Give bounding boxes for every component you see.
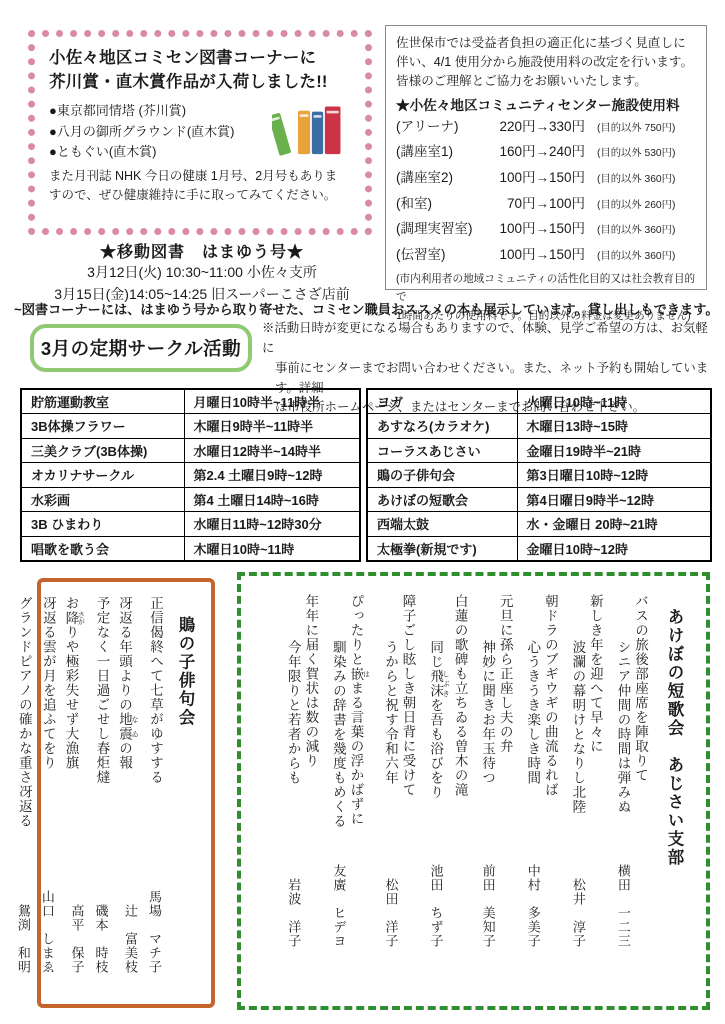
tanka-author: 池田 ちず子 (426, 864, 445, 948)
haiku-poem: 冴返る年頭よりの地震なゐの報 辻 富美枝 (114, 596, 139, 974)
tanka-line1: 障子ごし眩しき朝日背に受けて (398, 594, 416, 797)
haiku-author: 高平 保子 (66, 904, 85, 974)
book-list-item: ●八月の御所グラウンド(直木賞) (49, 122, 269, 143)
circle-time: 金曜日10時~12時 (517, 536, 711, 561)
fee-room: (講座室1) (396, 139, 480, 165)
table-row: 太極拳(新規です)金曜日10時~12時 (367, 536, 711, 561)
haiku-author: 山口 しまゑ (37, 890, 56, 974)
tanka-poem: ぴったりと嵌はまる言葉の浮かばずに 馴染みの辞書を幾度もめくる 友廣 ヒデヨ (328, 594, 370, 948)
circle-name: 西端太鼓 (367, 512, 517, 537)
tanka-line2: シニア仲間の時間は弾みぬ (613, 594, 631, 814)
tanka-line1: 年年に届く賀状は数の減り (301, 594, 319, 785)
book-list: ●東京都同情塔 (芥川賞) ●八月の御所グラウンド(直木賞) ●ともぐい(直木賞… (49, 101, 269, 163)
circle-name: あけぼの短歌会 (367, 487, 517, 512)
table-row: コーラスあじさい金曜日19時半~21時 (367, 438, 711, 463)
circle-time: 第4 土曜日14時~16時 (184, 487, 360, 512)
haiku-club-title: 鵙の子俳句会 (173, 596, 197, 974)
fee-row: (調理実習室) 100円→150円 (目的以外 360円) (396, 216, 697, 242)
mobile-library-section: ★移動図書 はまゆう号★ 3月12日(火) 10:30~11:00 小佐々支所 … (28, 239, 376, 305)
table-row: 鵙の子俳句会第3日曜日10時~12時 (367, 463, 711, 488)
circle-time: 火曜日10時~11時 (517, 389, 711, 414)
fee-price: 100円→150円 (480, 242, 597, 268)
table-row: あけぼの短歌会第4日曜日9時半~12時 (367, 487, 711, 512)
tanka-poem: 朝ドラのブギウギの曲流るれば 心うきうき楽しき時間 中村 多美子 (523, 594, 558, 948)
tanka-line1: バスの旅後部座席を陣取りて (630, 594, 648, 814)
tanka-poem: バスの旅後部座席を陣取りて シニア仲間の時間は弾みぬ 横田 一二三 (613, 594, 648, 948)
table-row: 西端太鼓水・金曜日 20時~21時 (367, 512, 711, 537)
fee-room: (アリーナ) (396, 114, 480, 140)
haiku-line: 冴返る年頭よりの地震なゐの報 (114, 596, 139, 770)
tanka-body: 障子ごし眩しき朝日背に受けて うからと祝す令和六年 (380, 594, 415, 797)
tanka-club-title: あけぼの短歌会 あじさい支部 (662, 594, 686, 948)
haiku-poem: お降さがりや極彩失せず大漁旗 高平 保子 (61, 596, 86, 974)
mobile-library-heading: ★移動図書 はまゆう号★ (28, 239, 376, 262)
haiku-poem: 正信偈終へて七草がゆすする 馬場 マチ子 (144, 596, 163, 974)
facility-fees-box: 佐世保市では受益者負担の適正化に基づく見直しに伴い、4/1 使用分から施設使用料… (385, 25, 707, 290)
library-corner-box: 小佐々地区コミセン図書コーナーに 芥川賞・直木賞作品が入荷しました!! ●東京都… (28, 30, 372, 235)
circle-time: 第2.4 土曜日9時~12時 (184, 463, 360, 488)
circle-name: 貯筋運動教室 (21, 389, 184, 414)
tanka-author: 横田 一二三 (613, 864, 632, 948)
fee-price: 100円→150円 (480, 165, 597, 191)
circle-note-line1: ※活動日時が変更になる場合もありますので、体験、見学ご希望の方は、お気軽に (262, 319, 712, 359)
circle-name: コーラスあじさい (367, 438, 517, 463)
haiku-line: 予定なく一日過ごせし春炬燵 (90, 596, 109, 785)
fee-room: (伝習室) (396, 242, 480, 268)
library-title-line1: 小佐々地区コミセン図書コーナーに (49, 47, 353, 71)
fee-row: (アリーナ) 220円→330円 (目的以外 750円) (396, 114, 697, 140)
fee-row: (和室) 70円→100円 (目的以外 260円) (396, 191, 697, 217)
tanka-line2: 神妙に聞きお年玉待つ (478, 594, 496, 785)
circle-name: 太極拳(新規です) (367, 536, 517, 561)
tanka-body: 白蓮の歌碑も立ちゐる曽木の滝 同じ飛沫しぶきを吾も浴びをり (426, 594, 468, 800)
library-title-line2: 芥川賞・直木賞作品が入荷しました!! (49, 71, 353, 95)
tanka-line2: 馴染みの辞書を幾度もめくる (328, 594, 346, 829)
haiku-line: 正信偈終へて七草がゆすする (144, 596, 163, 785)
table-row: 唱歌を歌う会木曜日10時~11時 (21, 536, 360, 561)
circle-time: 水曜日12時半~14時半 (184, 438, 360, 463)
circle-name: 唱歌を歌う会 (21, 536, 184, 561)
fee-room: (講座室2) (396, 165, 480, 191)
fee-note: (目的以外 360円) (597, 247, 697, 267)
tanka-author: 岩波 洋子 (283, 878, 302, 948)
tanka-line1: 元旦に孫ら正座し夫の弁 (495, 594, 513, 785)
table-row: オカリナサークル第2.4 土曜日9時~12時 (21, 463, 360, 488)
tanka-line1: ぴったりと嵌はまる言葉の浮かばずに (346, 594, 371, 829)
circle-name: 三美クラブ(3B体操) (21, 438, 184, 463)
tanka-author: 友廣 ヒデヨ (328, 864, 347, 948)
fee-note: (目的以外 360円) (597, 170, 697, 190)
circle-name: 3B ひまわり (21, 512, 184, 537)
fee-price: 220円→330円 (480, 114, 597, 140)
books-icon (269, 95, 353, 163)
circle-time: 水曜日11時~12時30分 (184, 512, 360, 537)
library-note-line1: また月刊誌 NHK 今日の健康 1月号、2月号もありま (49, 167, 353, 186)
circle-name: 3B体操フラワー (21, 414, 184, 439)
fees-heading: ★小佐々地区コミュニティセンター施設使用料 (396, 94, 697, 114)
haiku-line: グランドピアノの確かな重さ冴返る (13, 596, 32, 828)
activity-table-left: 貯筋運動教室月曜日10時半~11時半 3B体操フラワー木曜日9時半~11時半 三… (20, 388, 361, 562)
tanka-body: 年年に届く賀状は数の減り 今年限りと若者からも (283, 594, 318, 785)
fee-note: (目的以外 360円) (597, 221, 697, 241)
tanka-body: 元旦に孫ら正座し夫の弁 神妙に聞きお年玉待つ (478, 594, 513, 785)
tanka-club-box: あけぼの短歌会 あじさい支部 バスの旅後部座席を陣取りて シニア仲間の時間は弾み… (237, 572, 710, 1010)
circle-time: 水・金曜日 20時~21時 (517, 512, 711, 537)
haiku-author: 磯本 時枝 (90, 904, 109, 974)
tanka-body: ぴったりと嵌はまる言葉の浮かばずに 馴染みの辞書を幾度もめくる (328, 594, 370, 829)
circle-name: 水彩画 (21, 487, 184, 512)
haiku-line: お降さがりや極彩失せず大漁旗 (61, 596, 86, 770)
circle-time: 月曜日10時半~11時半 (184, 389, 360, 414)
fee-note: (目的以外 750円) (597, 119, 697, 139)
fee-price: 100円→150円 (480, 216, 597, 242)
haiku-author: 鴛渕 和明 (13, 904, 32, 974)
tanka-line2: 波瀾の幕明けとなりし北陸 (568, 594, 586, 814)
tanka-line2: 今年限りと若者からも (283, 594, 301, 785)
tanka-author: 松井 淳子 (568, 878, 587, 948)
haiku-line: 冴返る雲が月を追ふてをり (37, 596, 56, 770)
circle-activities-heading: 3月の定期サークル活動 (30, 324, 252, 372)
fee-row: (講座室2) 100円→150円 (目的以外 360円) (396, 165, 697, 191)
tanka-poem: 白蓮の歌碑も立ちゐる曽木の滝 同じ飛沫しぶきを吾も浴びをり 池田 ちず子 (426, 594, 468, 948)
fee-row: (伝習室) 100円→150円 (目的以外 360円) (396, 242, 697, 268)
table-row: ヨガ火曜日10時~11時 (367, 389, 711, 414)
library-corner-note: ~図書コーナーには、はまゆう号から取り寄せた、コミセン職員おススメの本も展示して… (14, 299, 716, 318)
tanka-line1: 白蓮の歌碑も立ちゐる曽木の滝 (450, 594, 468, 800)
tanka-author: 中村 多美子 (523, 864, 542, 948)
fee-note: (目的以外 260円) (597, 196, 697, 216)
fee-room: (調理実習室) (396, 216, 480, 242)
tanka-poem: 新しき年を迎へて早々に 波瀾の幕明けとなりし北陸 松井 淳子 (568, 594, 603, 948)
fee-price: 160円→240円 (480, 139, 597, 165)
table-row: あすなろ(カラオケ)木曜日13時~15時 (367, 414, 711, 439)
tanka-line2: 同じ飛沫しぶきを吾も浴びをり (426, 594, 451, 800)
table-row: 3B ひまわり水曜日11時~12時30分 (21, 512, 360, 537)
circle-name: ヨガ (367, 389, 517, 414)
mobile-library-schedule-1: 3月12日(火) 10:30~11:00 小佐々支所 (28, 262, 376, 284)
fee-price: 70円→100円 (480, 191, 597, 217)
library-box-note: また月刊誌 NHK 今日の健康 1月号、2月号もありま すので、ぜひ健康維持に手… (49, 167, 353, 205)
tanka-line2: うからと祝す令和六年 (380, 594, 398, 797)
tanka-poem: 障子ごし眩しき朝日背に受けて うからと祝す令和六年 松田 洋子 (380, 594, 415, 948)
circle-time: 木曜日13時~15時 (517, 414, 711, 439)
haiku-author: 辻 富美枝 (120, 904, 139, 974)
circle-time: 第3日曜日10時~12時 (517, 463, 711, 488)
haiku-poem: 冴返る雲が月を追ふてをり 山口 しまゑ (37, 596, 56, 974)
circle-name: 鵙の子俳句会 (367, 463, 517, 488)
tanka-poem: 元旦に孫ら正座し夫の弁 神妙に聞きお年玉待つ 前田 美知子 (478, 594, 513, 948)
circle-name: オカリナサークル (21, 463, 184, 488)
circle-time: 木曜日10時~11時 (184, 536, 360, 561)
haiku-poem: グランドピアノの確かな重さ冴返る 鴛渕 和明 (13, 596, 32, 974)
book-list-item: ●ともぐい(直木賞) (49, 142, 269, 163)
tanka-line1: 朝ドラのブギウギの曲流るれば (540, 594, 558, 797)
fee-note: (目的以外 530円) (597, 144, 697, 164)
tanka-author: 前田 美知子 (478, 864, 497, 948)
circle-time: 第4日曜日9時半~12時 (517, 487, 711, 512)
book-list-item: ●東京都同情塔 (芥川賞) (49, 101, 269, 122)
tanka-poem: 年年に届く賀状は数の減り 今年限りと若者からも 岩波 洋子 (283, 594, 318, 948)
table-row: 水彩画第4 土曜日14時~16時 (21, 487, 360, 512)
table-row: 3B体操フラワー木曜日9時半~11時半 (21, 414, 360, 439)
fee-row: (講座室1) 160円→240円 (目的以外 530円) (396, 139, 697, 165)
circle-name: あすなろ(カラオケ) (367, 414, 517, 439)
tanka-body: バスの旅後部座席を陣取りて シニア仲間の時間は弾みぬ (613, 594, 648, 814)
library-box-title: 小佐々地区コミセン図書コーナーに 芥川賞・直木賞作品が入荷しました!! (49, 47, 353, 95)
newsletter-page: { "library_box": { "title_line1": "小佐々地区… (0, 0, 725, 1024)
circle-time: 木曜日9時半~11時半 (184, 414, 360, 439)
fee-room: (和室) (396, 191, 480, 217)
haiku-author: 馬場 マチ子 (144, 890, 163, 974)
haiku-poem: 予定なく一日過ごせし春炬燵 磯本 時枝 (90, 596, 109, 974)
tanka-line1: 新しき年を迎へて早々に (585, 594, 603, 814)
library-note-line2: すので、ぜひ健康維持に手に取ってみてください。 (49, 186, 353, 205)
table-row: 貯筋運動教室月曜日10時半~11時半 (21, 389, 360, 414)
circle-time: 金曜日19時半~21時 (517, 438, 711, 463)
tanka-body: 朝ドラのブギウギの曲流るれば 心うきうき楽しき時間 (523, 594, 558, 797)
haiku-club-box: 鵙の子俳句会 正信偈終へて七草がゆすする 馬場 マチ子 冴返る年頭よりの地震なゐ… (37, 578, 215, 1008)
table-row: 三美クラブ(3B体操)水曜日12時半~14時半 (21, 438, 360, 463)
tanka-line2: 心うきうき楽しき時間 (523, 594, 541, 797)
tanka-body: 新しき年を迎へて早々に 波瀾の幕明けとなりし北陸 (568, 594, 603, 814)
fees-intro: 佐世保市では受益者負担の適正化に基づく見直しに伴い、4/1 使用分から施設使用料… (396, 34, 697, 91)
activity-table-right: ヨガ火曜日10時~11時 あすなろ(カラオケ)木曜日13時~15時 コーラスあじ… (366, 388, 712, 562)
tanka-author: 松田 洋子 (380, 878, 399, 948)
